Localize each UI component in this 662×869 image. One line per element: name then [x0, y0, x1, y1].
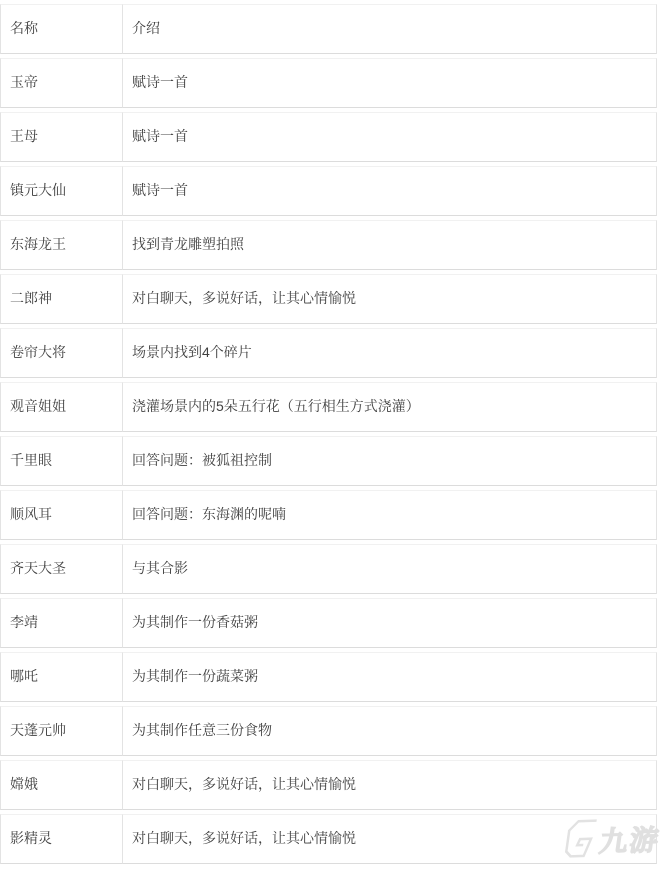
npc-name-cell: 二郎神	[0, 274, 123, 324]
quest-intro-cell: 回答问题：被狐祖控制	[123, 436, 657, 486]
npc-name-cell: 东海龙王	[0, 220, 123, 270]
table-row: 齐天大圣 与其合影	[0, 544, 657, 594]
quest-intro-cell: 回答问题：东海渊的呢喃	[123, 490, 657, 540]
table-row: 李靖 为其制作一份香菇粥	[0, 598, 657, 648]
table-row: 卷帘大将 场景内找到4个碎片	[0, 328, 657, 378]
npc-name-cell: 王母	[0, 112, 123, 162]
table-row: 顺风耳 回答问题：东海渊的呢喃	[0, 490, 657, 540]
table-row: 嫦娥 对白聊天，多说好话，让其心情愉悦	[0, 760, 657, 810]
npc-name-cell: 卷帘大将	[0, 328, 123, 378]
table-row: 镇元大仙 赋诗一首	[0, 166, 657, 216]
npc-name-cell: 千里眼	[0, 436, 123, 486]
npc-name-cell: 镇元大仙	[0, 166, 123, 216]
quest-intro-cell: 赋诗一首	[123, 112, 657, 162]
quest-intro-cell: 赋诗一首	[123, 166, 657, 216]
header-name-cell: 名称	[0, 4, 123, 54]
table-row: 王母 赋诗一首	[0, 112, 657, 162]
quest-intro-cell: 为其制作一份蔬菜粥	[123, 652, 657, 702]
npc-name-cell: 观音姐姐	[0, 382, 123, 432]
table-row: 二郎神 对白聊天，多说好话，让其心情愉悦	[0, 274, 657, 324]
npc-name-cell: 顺风耳	[0, 490, 123, 540]
quest-intro-cell: 赋诗一首	[123, 58, 657, 108]
npc-name-cell: 天蓬元帅	[0, 706, 123, 756]
npc-name-cell: 影精灵	[0, 814, 123, 864]
npc-name-cell: 齐天大圣	[0, 544, 123, 594]
table-header-row: 名称 介绍	[0, 4, 657, 54]
quest-intro-cell: 与其合影	[123, 544, 657, 594]
header-intro-cell: 介绍	[123, 4, 657, 54]
table-row: 影精灵 对白聊天，多说好话，让其心情愉悦	[0, 814, 657, 864]
quest-intro-cell: 对白聊天，多说好话，让其心情愉悦	[123, 814, 657, 864]
quest-intro-cell: 对白聊天，多说好话，让其心情愉悦	[123, 274, 657, 324]
quest-intro-cell: 找到青龙雕塑拍照	[123, 220, 657, 270]
table-row: 哪吒 为其制作一份蔬菜粥	[0, 652, 657, 702]
table-row: 千里眼 回答问题：被狐祖控制	[0, 436, 657, 486]
quest-intro-cell: 对白聊天，多说好话，让其心情愉悦	[123, 760, 657, 810]
npc-name-cell: 玉帝	[0, 58, 123, 108]
npc-name-cell: 嫦娥	[0, 760, 123, 810]
table-row: 天蓬元帅 为其制作任意三份食物	[0, 706, 657, 756]
npc-name-cell: 李靖	[0, 598, 123, 648]
npc-name-cell: 哪吒	[0, 652, 123, 702]
quest-intro-cell: 为其制作一份香菇粥	[123, 598, 657, 648]
table-row: 观音姐姐 浇灌场景内的5朵五行花（五行相生方式浇灌）	[0, 382, 657, 432]
table-row: 玉帝 赋诗一首	[0, 58, 657, 108]
quest-intro-cell: 场景内找到4个碎片	[123, 328, 657, 378]
quest-intro-cell: 浇灌场景内的5朵五行花（五行相生方式浇灌）	[123, 382, 657, 432]
table-row: 东海龙王 找到青龙雕塑拍照	[0, 220, 657, 270]
npc-quest-table: 名称 介绍 玉帝 赋诗一首 王母 赋诗一首 镇元大仙 赋诗一首 东海龙王 找到青…	[0, 0, 657, 868]
quest-intro-cell: 为其制作任意三份食物	[123, 706, 657, 756]
